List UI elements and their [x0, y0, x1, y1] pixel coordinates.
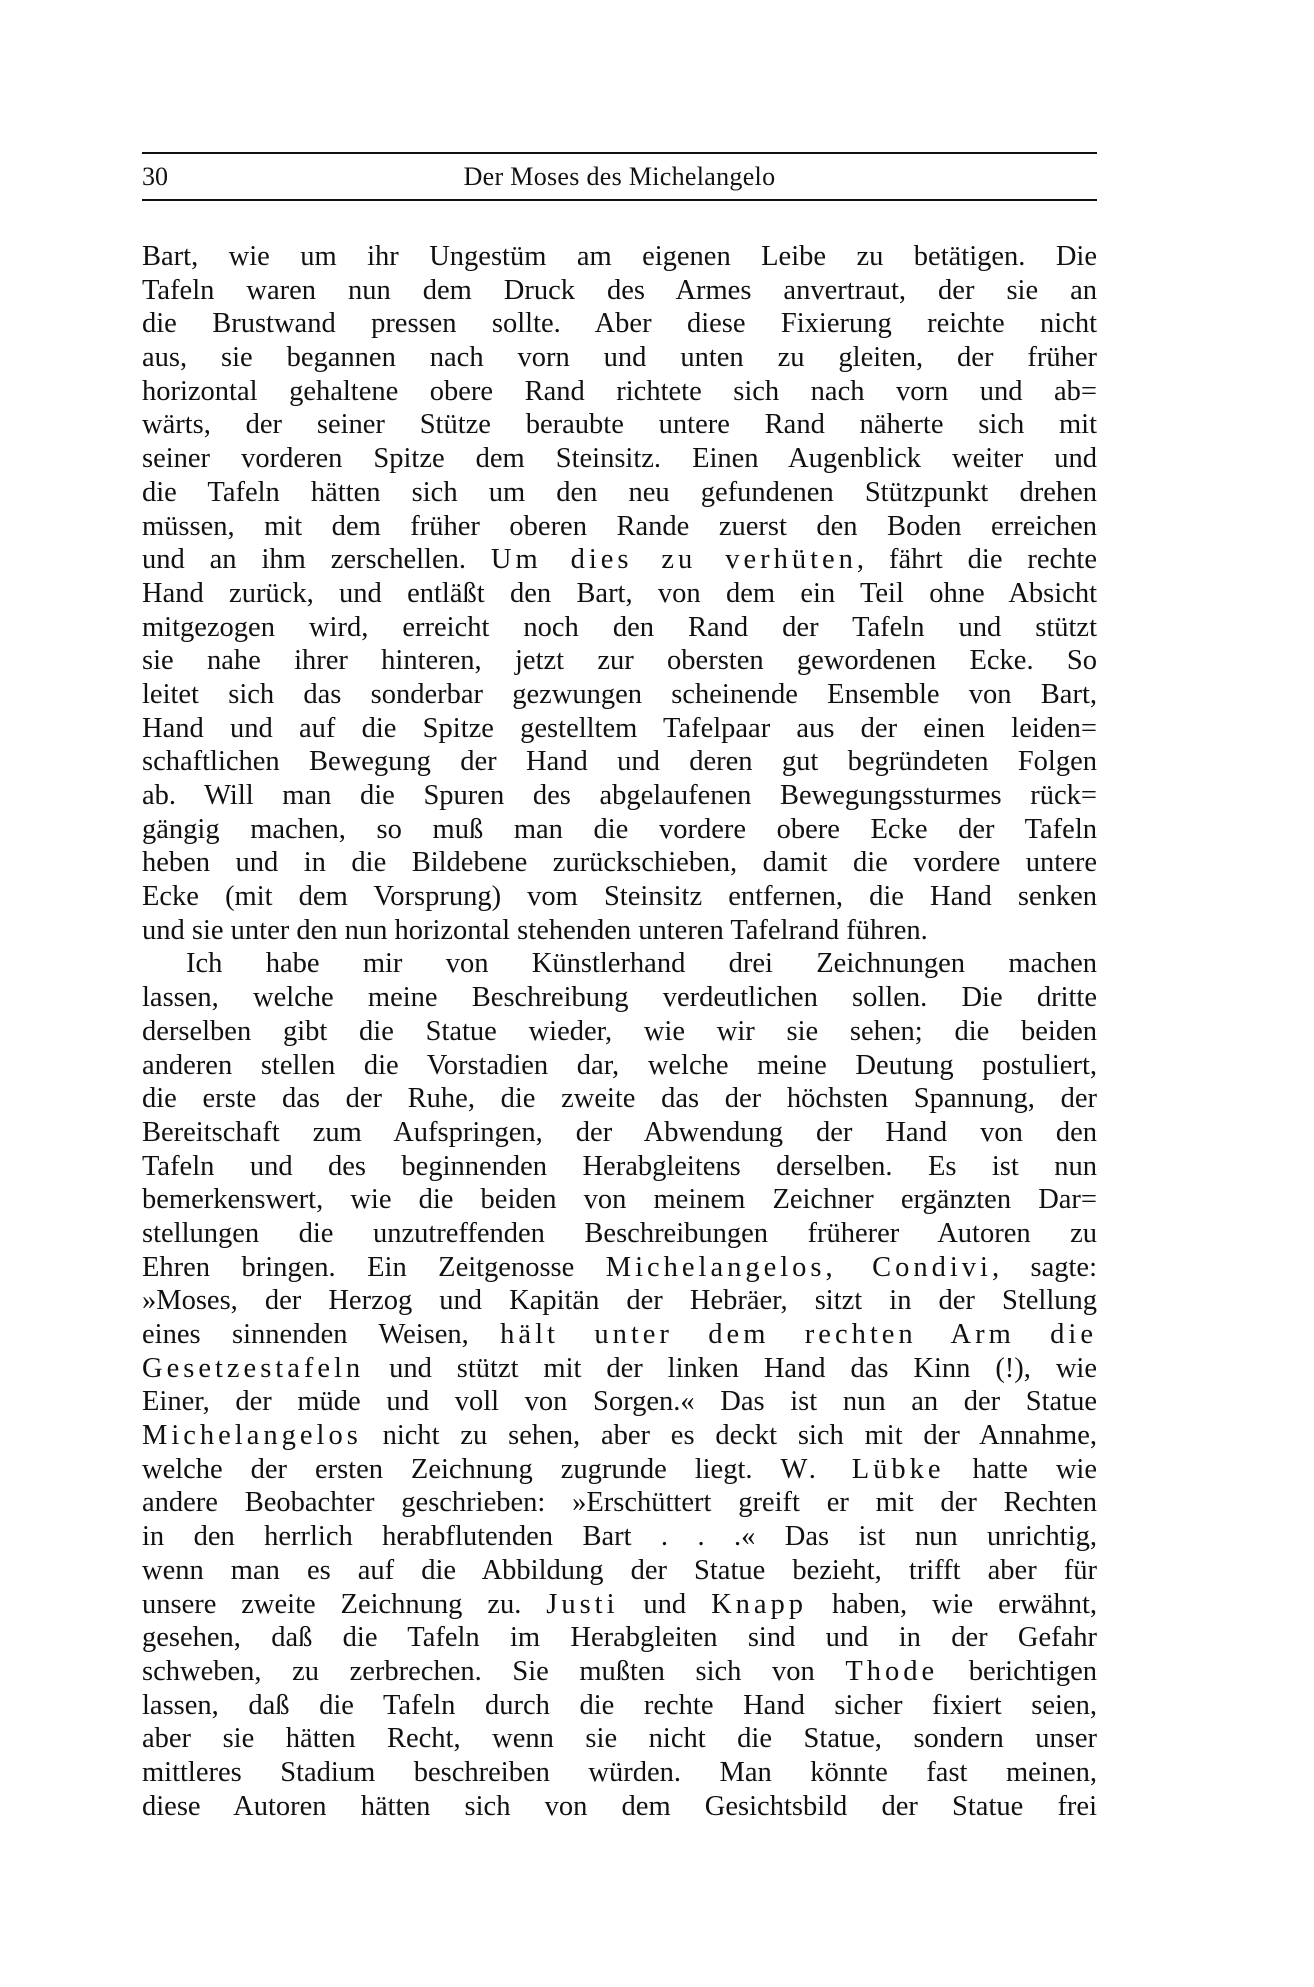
text-line: bemerkenswert, wie die beiden von meinem…	[142, 1183, 1097, 1217]
text-line: mitgezogen wird, erreicht noch den Rand …	[142, 611, 1097, 645]
text-line: Ecke (mit dem Vorsprung) vom Steinsitz e…	[142, 880, 1097, 914]
text-line: Hand und auf die Spitze gestelltem Tafel…	[142, 712, 1097, 746]
header-bottom-rule	[142, 199, 1097, 201]
text-line: aber sie hätten Recht, wenn sie nicht di…	[142, 1722, 1097, 1756]
header-top-rule	[142, 152, 1097, 154]
line-text: unsere zweite Zeichnung zu.	[142, 1589, 546, 1620]
text-line: heben und in die Bildebene zurückschiebe…	[142, 846, 1097, 880]
text-line: Ehren bringen. Ein Zeitgenosse Michelang…	[142, 1251, 1097, 1285]
line-text: berichtigen	[938, 1656, 1097, 1687]
line-text: schweben, zu zerbrechen. Sie mußten sich…	[142, 1656, 845, 1687]
text-line: aus, sie begannen nach vorn und unten zu…	[142, 341, 1097, 375]
text-line: und an ihm zerschellen. Um dies zu verhü…	[142, 543, 1097, 577]
text-line: ab. Will man die Spuren des abgelaufenen…	[142, 779, 1097, 813]
text-line: die Tafeln hätten sich um den neu gefund…	[142, 476, 1097, 510]
line-text: welche der ersten Zeichnung zugrunde lie…	[142, 1454, 780, 1485]
text-line: Hand zurück, und entläßt den Bart, von d…	[142, 577, 1097, 611]
text-line: mittleres Stadium beschreiben würden. Ma…	[142, 1756, 1097, 1790]
line-text: und	[619, 1589, 712, 1620]
spaced-emphasis: Justi	[546, 1589, 618, 1620]
spaced-emphasis: hält unter dem rechten Arm die	[500, 1319, 1097, 1350]
text-line: seiner vorderen Spitze dem Steinsitz. Ei…	[142, 442, 1097, 476]
text-line: eines sinnenden Weisen, hält unter dem r…	[142, 1318, 1097, 1352]
text-line: gesehen, daß die Tafeln im Herabgleiten …	[142, 1621, 1097, 1655]
text-line: Tafeln waren nun dem Druck des Armes anv…	[142, 274, 1097, 308]
line-text: eines sinnenden Weisen,	[142, 1319, 500, 1350]
line-text: nicht zu sehen, aber es deckt sich mit d…	[362, 1420, 1097, 1451]
text-line: diese Autoren hätten sich von dem Gesich…	[142, 1790, 1097, 1824]
text-line: unsere zweite Zeichnung zu. Justi und Kn…	[142, 1588, 1097, 1622]
text-line: welche der ersten Zeichnung zugrunde lie…	[142, 1453, 1097, 1487]
line-text: Ehren bringen. Ein Zeitgenosse	[142, 1252, 606, 1283]
text-line: andere Beobachter geschrieben: »Erschütt…	[142, 1486, 1097, 1520]
text-line: sie nahe ihrer hinteren, jetzt zur obers…	[142, 644, 1097, 678]
text-line: in den herrlich herabflutenden Bart . . …	[142, 1520, 1097, 1554]
text-line: stellungen die unzutreffenden Beschreibu…	[142, 1217, 1097, 1251]
text-line: schaftlichen Bewegung der Hand und deren…	[142, 745, 1097, 779]
text-line: lassen, daß die Tafeln durch die rechte …	[142, 1689, 1097, 1723]
line-text: und stützt mit der linken Hand das Kinn …	[364, 1353, 1097, 1384]
text-line: lassen, welche meine Beschreibung verdeu…	[142, 981, 1097, 1015]
text-line: Einer, der müde und voll von Sorgen.« Da…	[142, 1385, 1097, 1419]
line-text: , sagte:	[992, 1252, 1097, 1283]
text-line: wenn man es auf die Abbildung der Statue…	[142, 1554, 1097, 1588]
spaced-emphasis: Michelangelos	[142, 1420, 362, 1451]
text-line: derselben gibt die Statue wieder, wie wi…	[142, 1015, 1097, 1049]
text-line: und sie unter den nun horizontal stehend…	[142, 914, 1097, 948]
text-line: die Brustwand pressen sollte. Aber diese…	[142, 307, 1097, 341]
text-line: wärts, der seiner Stütze beraubte untere…	[142, 408, 1097, 442]
spaced-emphasis: Thode	[845, 1656, 938, 1687]
text-line: Bart, wie um ihr Ungestüm am eigenen Lei…	[142, 240, 1097, 274]
line-text: , fährt die rechte	[857, 544, 1097, 575]
text-line: Michelangelos nicht zu sehen, aber es de…	[142, 1419, 1097, 1453]
text-line: leitet sich das sonderbar gezwungen sche…	[142, 678, 1097, 712]
line-text: hatte wie	[945, 1454, 1097, 1485]
text-line: schweben, zu zerbrechen. Sie mußten sich…	[142, 1655, 1097, 1689]
spaced-emphasis: W. Lübke	[780, 1454, 944, 1485]
text-line: die erste das der Ruhe, die zweite das d…	[142, 1082, 1097, 1116]
text-line: müssen, mit dem früher oberen Rande zuer…	[142, 510, 1097, 544]
spaced-emphasis: Um dies zu verhüten	[491, 544, 857, 575]
text-line: Gesetzestafeln und stützt mit der linken…	[142, 1352, 1097, 1386]
line-text: und an ihm zerschellen.	[142, 544, 491, 575]
text-line: Ich habe mir von Künstlerhand drei Zeich…	[142, 947, 1097, 981]
text-line: horizontal gehaltene obere Rand richtete…	[142, 375, 1097, 409]
body-text: Bart, wie um ihr Ungestüm am eigenen Lei…	[142, 240, 1097, 1823]
text-line: »Moses, der Herzog und Kapitän der Hebrä…	[142, 1284, 1097, 1318]
text-line: anderen stellen die Vorstadien dar, welc…	[142, 1049, 1097, 1083]
running-title: Der Moses des Michelangelo	[142, 162, 1097, 192]
spaced-emphasis: Knapp	[711, 1589, 807, 1620]
spaced-emphasis: Michelangelos, Condivi	[606, 1252, 992, 1283]
line-text: haben, wie erwähnt,	[807, 1589, 1097, 1620]
text-line: gängig machen, so muß man die vordere ob…	[142, 813, 1097, 847]
text-line: Tafeln und des beginnenden Herabgleitens…	[142, 1150, 1097, 1184]
spaced-emphasis: Gesetzestafeln	[142, 1353, 364, 1384]
text-line: Bereitschaft zum Aufspringen, der Abwend…	[142, 1116, 1097, 1150]
